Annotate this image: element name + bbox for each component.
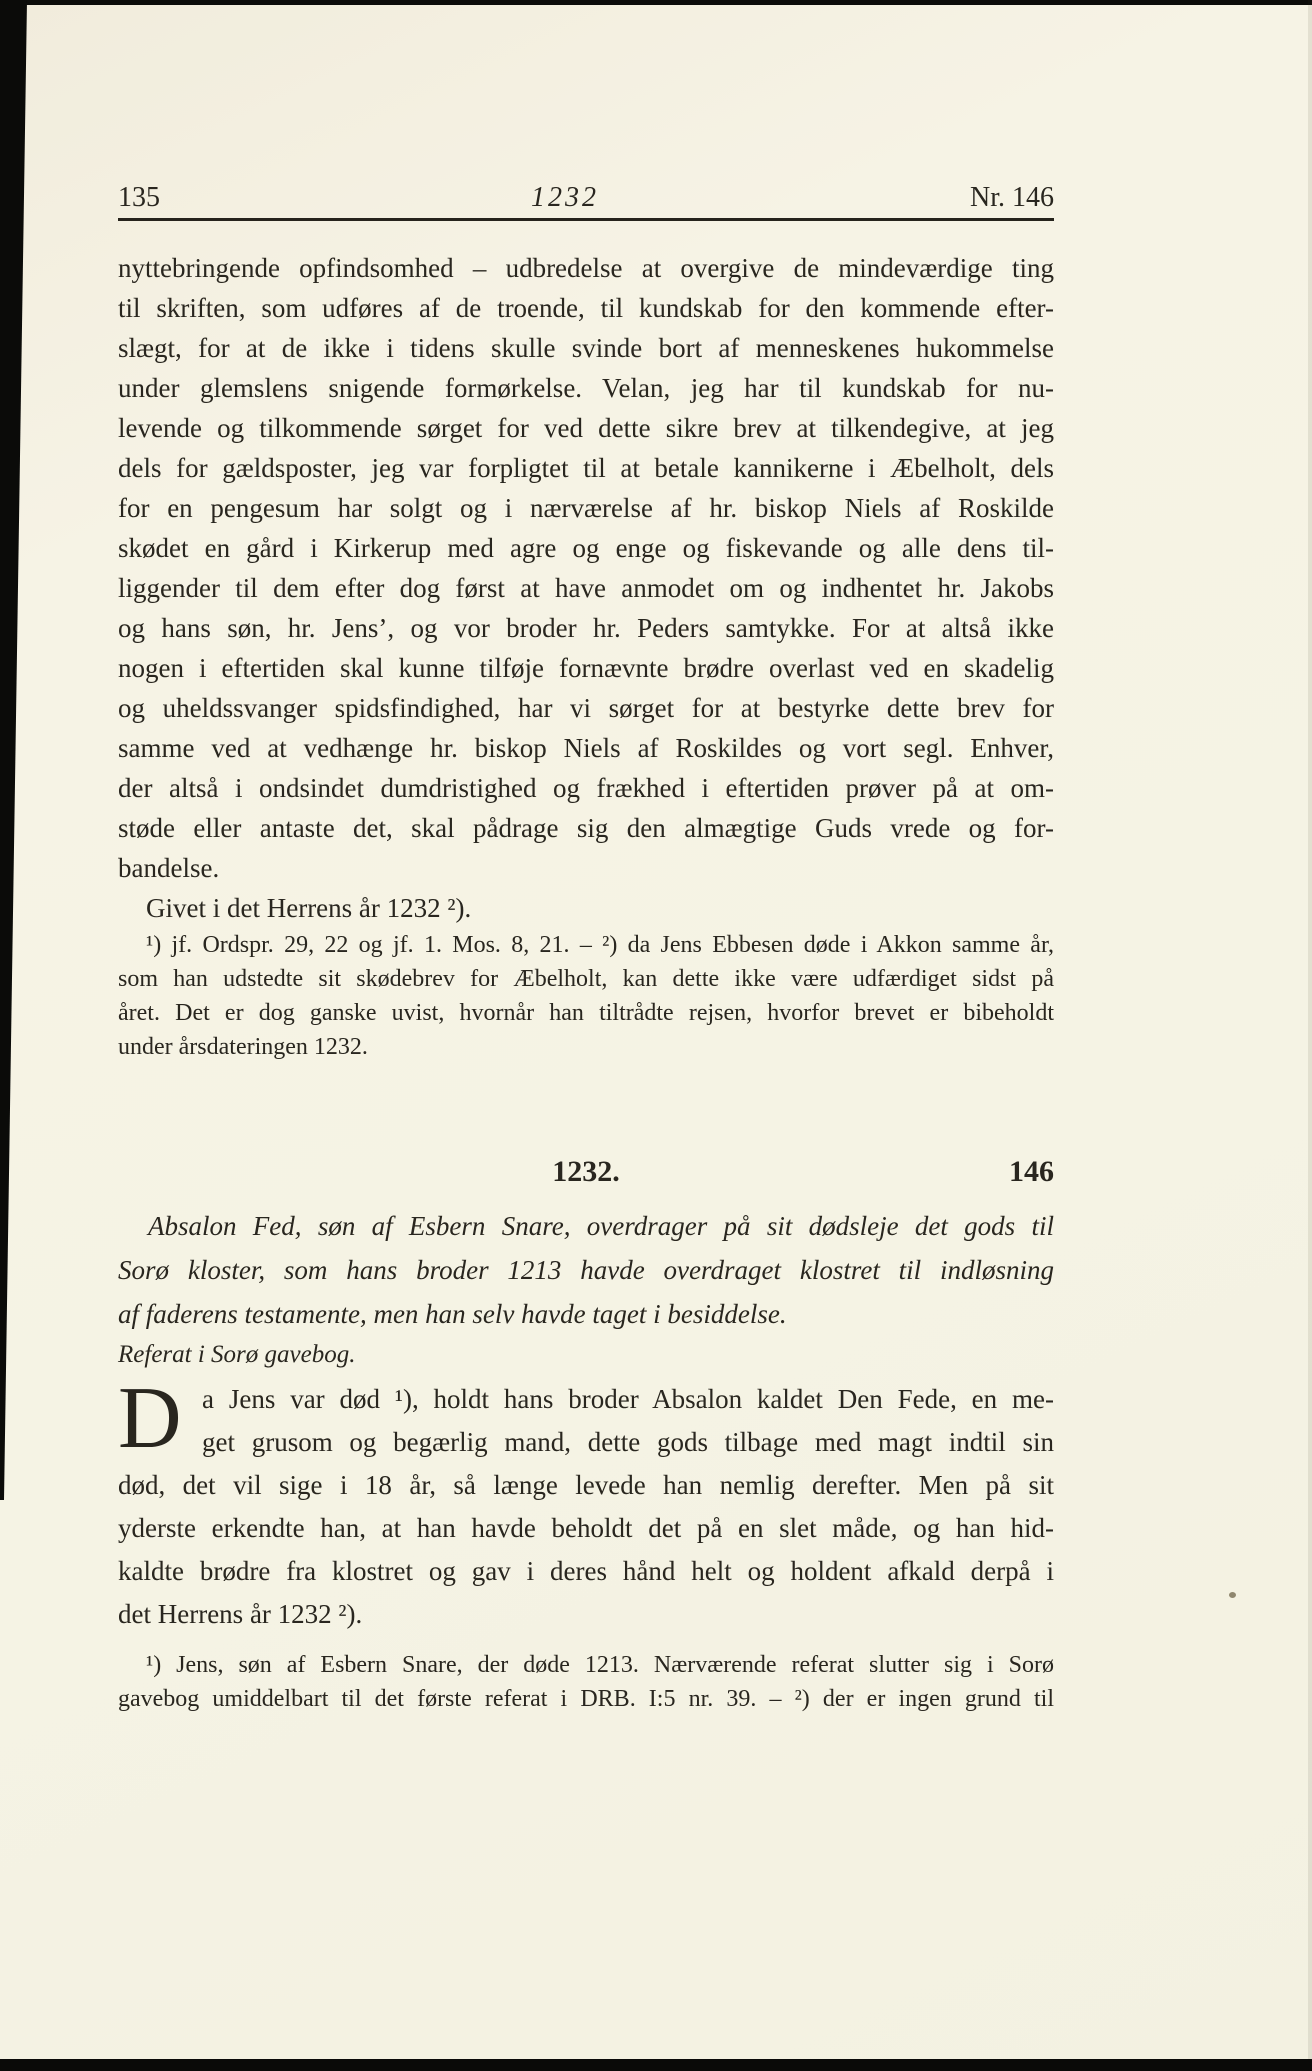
document-146-translation: nyttebringende opfindsomhed – udbredelse… [118,248,1054,928]
text-line: støde eller antaste det, skal pådrage si… [118,808,1054,848]
summary-line: Absalon Fed, søn af Esbern Snare, overdr… [118,1204,1054,1248]
text-line: nyttebringende opfindsomhed – udbredelse… [118,248,1054,288]
document-number: Nr. 146 [970,183,1054,213]
text-line: død, det vil sige i 18 år, så længe leve… [118,1464,1054,1507]
text-line: samme ved at vedhænge hr. biskop Niels a… [118,728,1054,768]
dropcap-lines: a Jens var død ¹), holdt hans broder Abs… [202,1378,1054,1464]
text-line: kaldte brødre fra klostret og gav i dere… [118,1550,1054,1593]
footnote-line: under årsdateringen 1232. [118,1030,1054,1064]
drop-cap: D [118,1378,186,1460]
text-line: dels for gældsposter, jeg var forpligtet… [118,448,1054,488]
footnote-line: året. Det er dog ganske uvist, hvornår h… [118,996,1054,1030]
referat-text: D a Jens var død ¹), holdt hans broder A… [118,1378,1054,1636]
footnote-line: ¹) jf. Ordspr. 29, 22 og jf. 1. Mos. 8, … [118,928,1054,962]
text-line: levende og tilkommende sørget for ved de… [118,408,1054,448]
section-year: 1232. [552,1155,620,1188]
paper-speck [1229,1592,1236,1598]
footnote-line: gavebog umiddelbart til det første refer… [118,1682,1054,1716]
text-line: og uheldssvanger spidsfindighed, har vi … [118,688,1054,728]
section-number: 146 [1009,1152,1054,1192]
summary-line: af faderens testamente, men han selv hav… [118,1292,1054,1336]
text-line: a Jens var død ¹), holdt hans broder Abs… [202,1378,1054,1421]
dating-line: det Herrens år 1232 ²). [118,1593,1054,1636]
dating-line: Givet i det Herrens år 1232 ²). [118,888,1054,928]
text-line: til skriften, som udføres af de troende,… [118,288,1054,328]
page-content: 135 1232 Nr. 146 nyttebringende opfindso… [118,0,1054,1716]
text-line: nogen i eftertiden skal kunne tilføje fo… [118,648,1054,688]
footnote-line: som han udstedte sit skødebrev for Æbelh… [118,962,1054,996]
scan-edge-bottom [0,2059,1312,2071]
scanned-book-page: 135 1232 Nr. 146 nyttebringende opfindso… [0,0,1312,2071]
source-note: Referat i Sorø gavebog. [118,1338,1054,1372]
scan-edge-right [1308,0,1312,2071]
text-line: liggender til dem efter dog først at hav… [118,568,1054,608]
scan-edge-left [0,0,30,1500]
footnotes-doc-146: ¹) jf. Ordspr. 29, 22 og jf. 1. Mos. 8, … [118,928,1054,1064]
document-summary: Absalon Fed, søn af Esbern Snare, overdr… [118,1204,1054,1336]
section-heading: 1232. 146 [118,1152,1054,1192]
running-header: 135 1232 Nr. 146 [118,183,1054,221]
text-line: slægt, for at de ikke i tidens skulle sv… [118,328,1054,368]
text-line: get grusom og begærlig mand, dette gods … [202,1421,1054,1464]
dropcap-row: D a Jens var død ¹), holdt hans broder A… [118,1378,1054,1464]
page-number: 135 [118,183,160,213]
text-line: der altså i ondsindet dumdristighed og f… [118,768,1054,808]
text-line: bandelse. [118,848,1054,888]
text-line: og hans søn, hr. Jens’, og vor broder hr… [118,608,1054,648]
running-head-year: 1232 [531,183,599,213]
text-line: skødet en gård i Kirkerup med agre og en… [118,528,1054,568]
footnote-line: ¹) Jens, søn af Esbern Snare, der døde 1… [118,1648,1054,1682]
footnotes-referat: ¹) Jens, søn af Esbern Snare, der døde 1… [118,1648,1054,1716]
text-line: under glemslens snigende formørkelse. Ve… [118,368,1054,408]
text-line: for en pengesum har solgt og i nærværels… [118,488,1054,528]
summary-line: Sorø kloster, som hans broder 1213 havde… [118,1248,1054,1292]
text-line: yderste erkendte han, at han havde behol… [118,1507,1054,1550]
